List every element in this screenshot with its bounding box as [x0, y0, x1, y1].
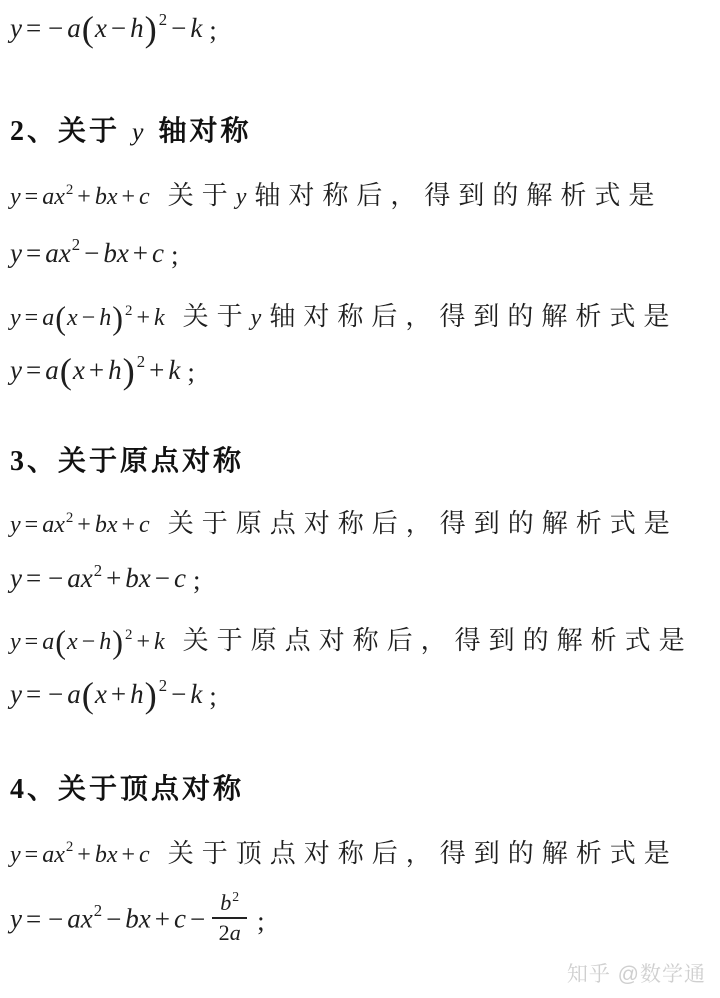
math-variable: c: [152, 238, 164, 268]
text-line-standard-vertex: y=ax2+bx+c关于顶点对称后，得到的解析式是: [10, 831, 712, 877]
math-variable: x: [67, 305, 78, 331]
math-paren: (: [55, 301, 66, 337]
punctuation: ;: [193, 565, 201, 595]
math-variable: y: [10, 679, 22, 709]
math-variable: bx: [95, 842, 118, 868]
math-superscript: 2: [72, 235, 80, 254]
math-paren: ): [112, 625, 123, 661]
math-variable: k: [154, 629, 165, 655]
math-superscript: 2: [125, 303, 132, 319]
math-variable: ax: [42, 512, 65, 538]
math-operator: +: [77, 184, 91, 210]
math-variable: y: [236, 184, 247, 210]
math-variable: y: [10, 629, 21, 655]
math-variable: c: [139, 842, 150, 868]
math-variable: a: [67, 679, 81, 709]
math-variable: x: [73, 355, 85, 385]
math-variable: k: [190, 679, 202, 709]
math-operator: −: [84, 238, 99, 268]
math-variable: k: [154, 305, 165, 331]
cjk-text: 关于原点对称后，得到的解析式是: [183, 626, 693, 655]
punctuation: ;: [209, 681, 217, 711]
math-operator: =: [25, 629, 39, 655]
math-variable: a: [42, 305, 54, 331]
math-variable: a: [67, 13, 81, 43]
math-variable: y: [132, 117, 146, 146]
math-variable: c: [174, 563, 186, 593]
math-operator: +: [122, 512, 136, 538]
math-operator: +: [122, 842, 136, 868]
formula-line-standard-vertex: y= −ax2−bx+c−b22a;: [10, 890, 712, 945]
formula-line-vertex-origin: y= −a(x+h)2−k;: [10, 674, 712, 716]
math-variable: y: [10, 904, 22, 934]
cjk-text: 轴对称后，得到的解析式是: [254, 181, 662, 210]
math-paren: ): [123, 351, 135, 391]
math-superscript: 2: [94, 561, 102, 580]
math-operator: +: [136, 629, 150, 655]
math-superscript: 2: [137, 352, 145, 371]
math-variable: h: [99, 629, 111, 655]
math-variable: bx: [95, 512, 118, 538]
math-variable: bx: [95, 184, 118, 210]
math-superscript: 2: [94, 901, 102, 920]
math-operator: −: [171, 13, 186, 43]
math-variable: ax: [45, 238, 70, 268]
math-variable: ax: [67, 563, 92, 593]
math-superscript: 2: [159, 10, 167, 29]
math-variable: ax: [67, 904, 92, 934]
math-operator: = −: [26, 904, 63, 934]
math-variable: y: [10, 842, 21, 868]
cjk-text: 轴对称后，得到的解析式是: [269, 302, 677, 331]
math-variable: k: [190, 13, 202, 43]
math-variable: b: [220, 890, 231, 915]
math-operator: =: [26, 238, 41, 268]
punctuation: ;: [187, 357, 195, 387]
math-variable: h: [99, 305, 111, 331]
math-superscript: 2: [159, 676, 167, 695]
watermark-zhihu: 知乎 @数学通: [567, 958, 706, 988]
math-operator: −: [111, 13, 126, 43]
math-operator: =: [26, 355, 41, 385]
formula-line-standard-origin: y= −ax2+bx−c;: [10, 558, 712, 600]
math-operator: +: [77, 842, 91, 868]
punctuation: ;: [257, 906, 265, 936]
math-variable: ax: [42, 842, 65, 868]
math-operator: +: [122, 184, 136, 210]
math-variable: k: [168, 355, 180, 385]
math-superscript: 2: [66, 510, 73, 526]
math-paren: (: [55, 625, 66, 661]
math-superscript: 2: [232, 889, 239, 904]
math-variable: y: [251, 305, 262, 331]
math-number: 2: [219, 920, 230, 945]
math-operator: =: [25, 184, 39, 210]
math-operator: =: [25, 512, 39, 538]
math-operator: = −: [26, 13, 63, 43]
formula-line-vertex-y-axis: y=a(x+h)2+k;: [10, 350, 712, 392]
math-operator: −: [82, 305, 96, 331]
math-operator: −: [155, 563, 170, 593]
math-variable: h: [130, 13, 144, 43]
math-fraction: b22a: [212, 890, 247, 945]
math-operator: =: [25, 305, 39, 331]
math-paren: (: [82, 9, 94, 49]
math-operator: = −: [26, 679, 63, 709]
section-heading-vertex: 4、关于顶点对称: [10, 770, 712, 809]
math-operator: +: [111, 679, 126, 709]
math-operator: +: [133, 238, 148, 268]
math-variable: a: [42, 629, 54, 655]
cjk-text: 关于原点对称后，得到的解析式是: [168, 509, 678, 538]
math-variable: x: [67, 629, 78, 655]
math-paren: (: [82, 675, 94, 715]
math-variable: c: [139, 512, 150, 538]
heading-text: 4、关于顶点对称: [10, 774, 244, 805]
math-paren: ): [112, 301, 123, 337]
heading-text: 2、关于: [10, 116, 130, 147]
math-operator: −: [82, 629, 96, 655]
fraction-denominator: 2a: [212, 919, 247, 945]
heading-text: 3、关于原点对称: [10, 446, 244, 477]
math-variable: y: [10, 13, 22, 43]
math-variable: bx: [103, 238, 128, 268]
math-variable: ax: [42, 184, 65, 210]
punctuation: ;: [209, 15, 217, 45]
math-variable: bx: [125, 904, 150, 934]
math-variable: x: [95, 679, 107, 709]
fraction-numerator: b2: [212, 890, 247, 918]
heading-text: 轴对称: [148, 116, 251, 147]
document-page: y= −a(x−h)2−k; 2、关于 y 轴对称 y=ax2+bx+c关于y轴…: [10, 8, 712, 945]
math-operator: +: [136, 305, 150, 331]
math-variable: y: [10, 184, 21, 210]
math-operator: −: [171, 679, 186, 709]
text-line-vertex-y-axis: y=a(x−h)2+k关于y轴对称后，得到的解析式是: [10, 294, 712, 340]
math-superscript: 2: [125, 627, 132, 643]
math-variable: h: [130, 679, 144, 709]
math-operator: −: [106, 904, 121, 934]
math-variable: y: [10, 305, 21, 331]
math-operator: +: [77, 512, 91, 538]
math-operator: =: [25, 842, 39, 868]
math-operator: +: [149, 355, 164, 385]
cjk-text: 关于: [183, 302, 251, 331]
math-paren: ): [145, 675, 157, 715]
math-paren: (: [60, 351, 72, 391]
math-variable: a: [45, 355, 59, 385]
formula-line-standard-y-axis: y=ax2−bx+c;: [10, 233, 712, 275]
math-variable: y: [10, 355, 22, 385]
math-variable: h: [108, 355, 122, 385]
math-operator: = −: [26, 563, 63, 593]
math-variable: a: [230, 920, 241, 945]
section-heading-y-axis: 2、关于 y 轴对称: [10, 112, 712, 151]
math-operator: +: [155, 904, 170, 934]
math-variable: bx: [125, 563, 150, 593]
math-operator: +: [89, 355, 104, 385]
math-variable: c: [174, 904, 186, 934]
math-variable: x: [95, 13, 107, 43]
text-line-vertex-origin: y=a(x−h)2+k关于原点对称后，得到的解析式是: [10, 618, 712, 664]
math-operator: −: [190, 904, 205, 934]
math-operator: +: [106, 563, 121, 593]
math-variable: c: [139, 184, 150, 210]
cjk-text: 关于顶点对称后，得到的解析式是: [168, 839, 678, 868]
math-superscript: 2: [66, 839, 73, 855]
math-variable: y: [10, 238, 22, 268]
punctuation: ;: [171, 240, 179, 270]
text-line-standard-y-axis: y=ax2+bx+c关于y轴对称后，得到的解析式是: [10, 173, 712, 219]
math-paren: ): [145, 9, 157, 49]
text-line-standard-origin: y=ax2+bx+c关于原点对称后，得到的解析式是: [10, 501, 712, 547]
math-variable: y: [10, 563, 22, 593]
section-heading-origin: 3、关于原点对称: [10, 442, 712, 481]
math-superscript: 2: [66, 182, 73, 198]
cjk-text: 关于: [168, 181, 236, 210]
math-variable: y: [10, 512, 21, 538]
formula-line-reflect-x-axis: y= −a(x−h)2−k;: [10, 8, 712, 50]
